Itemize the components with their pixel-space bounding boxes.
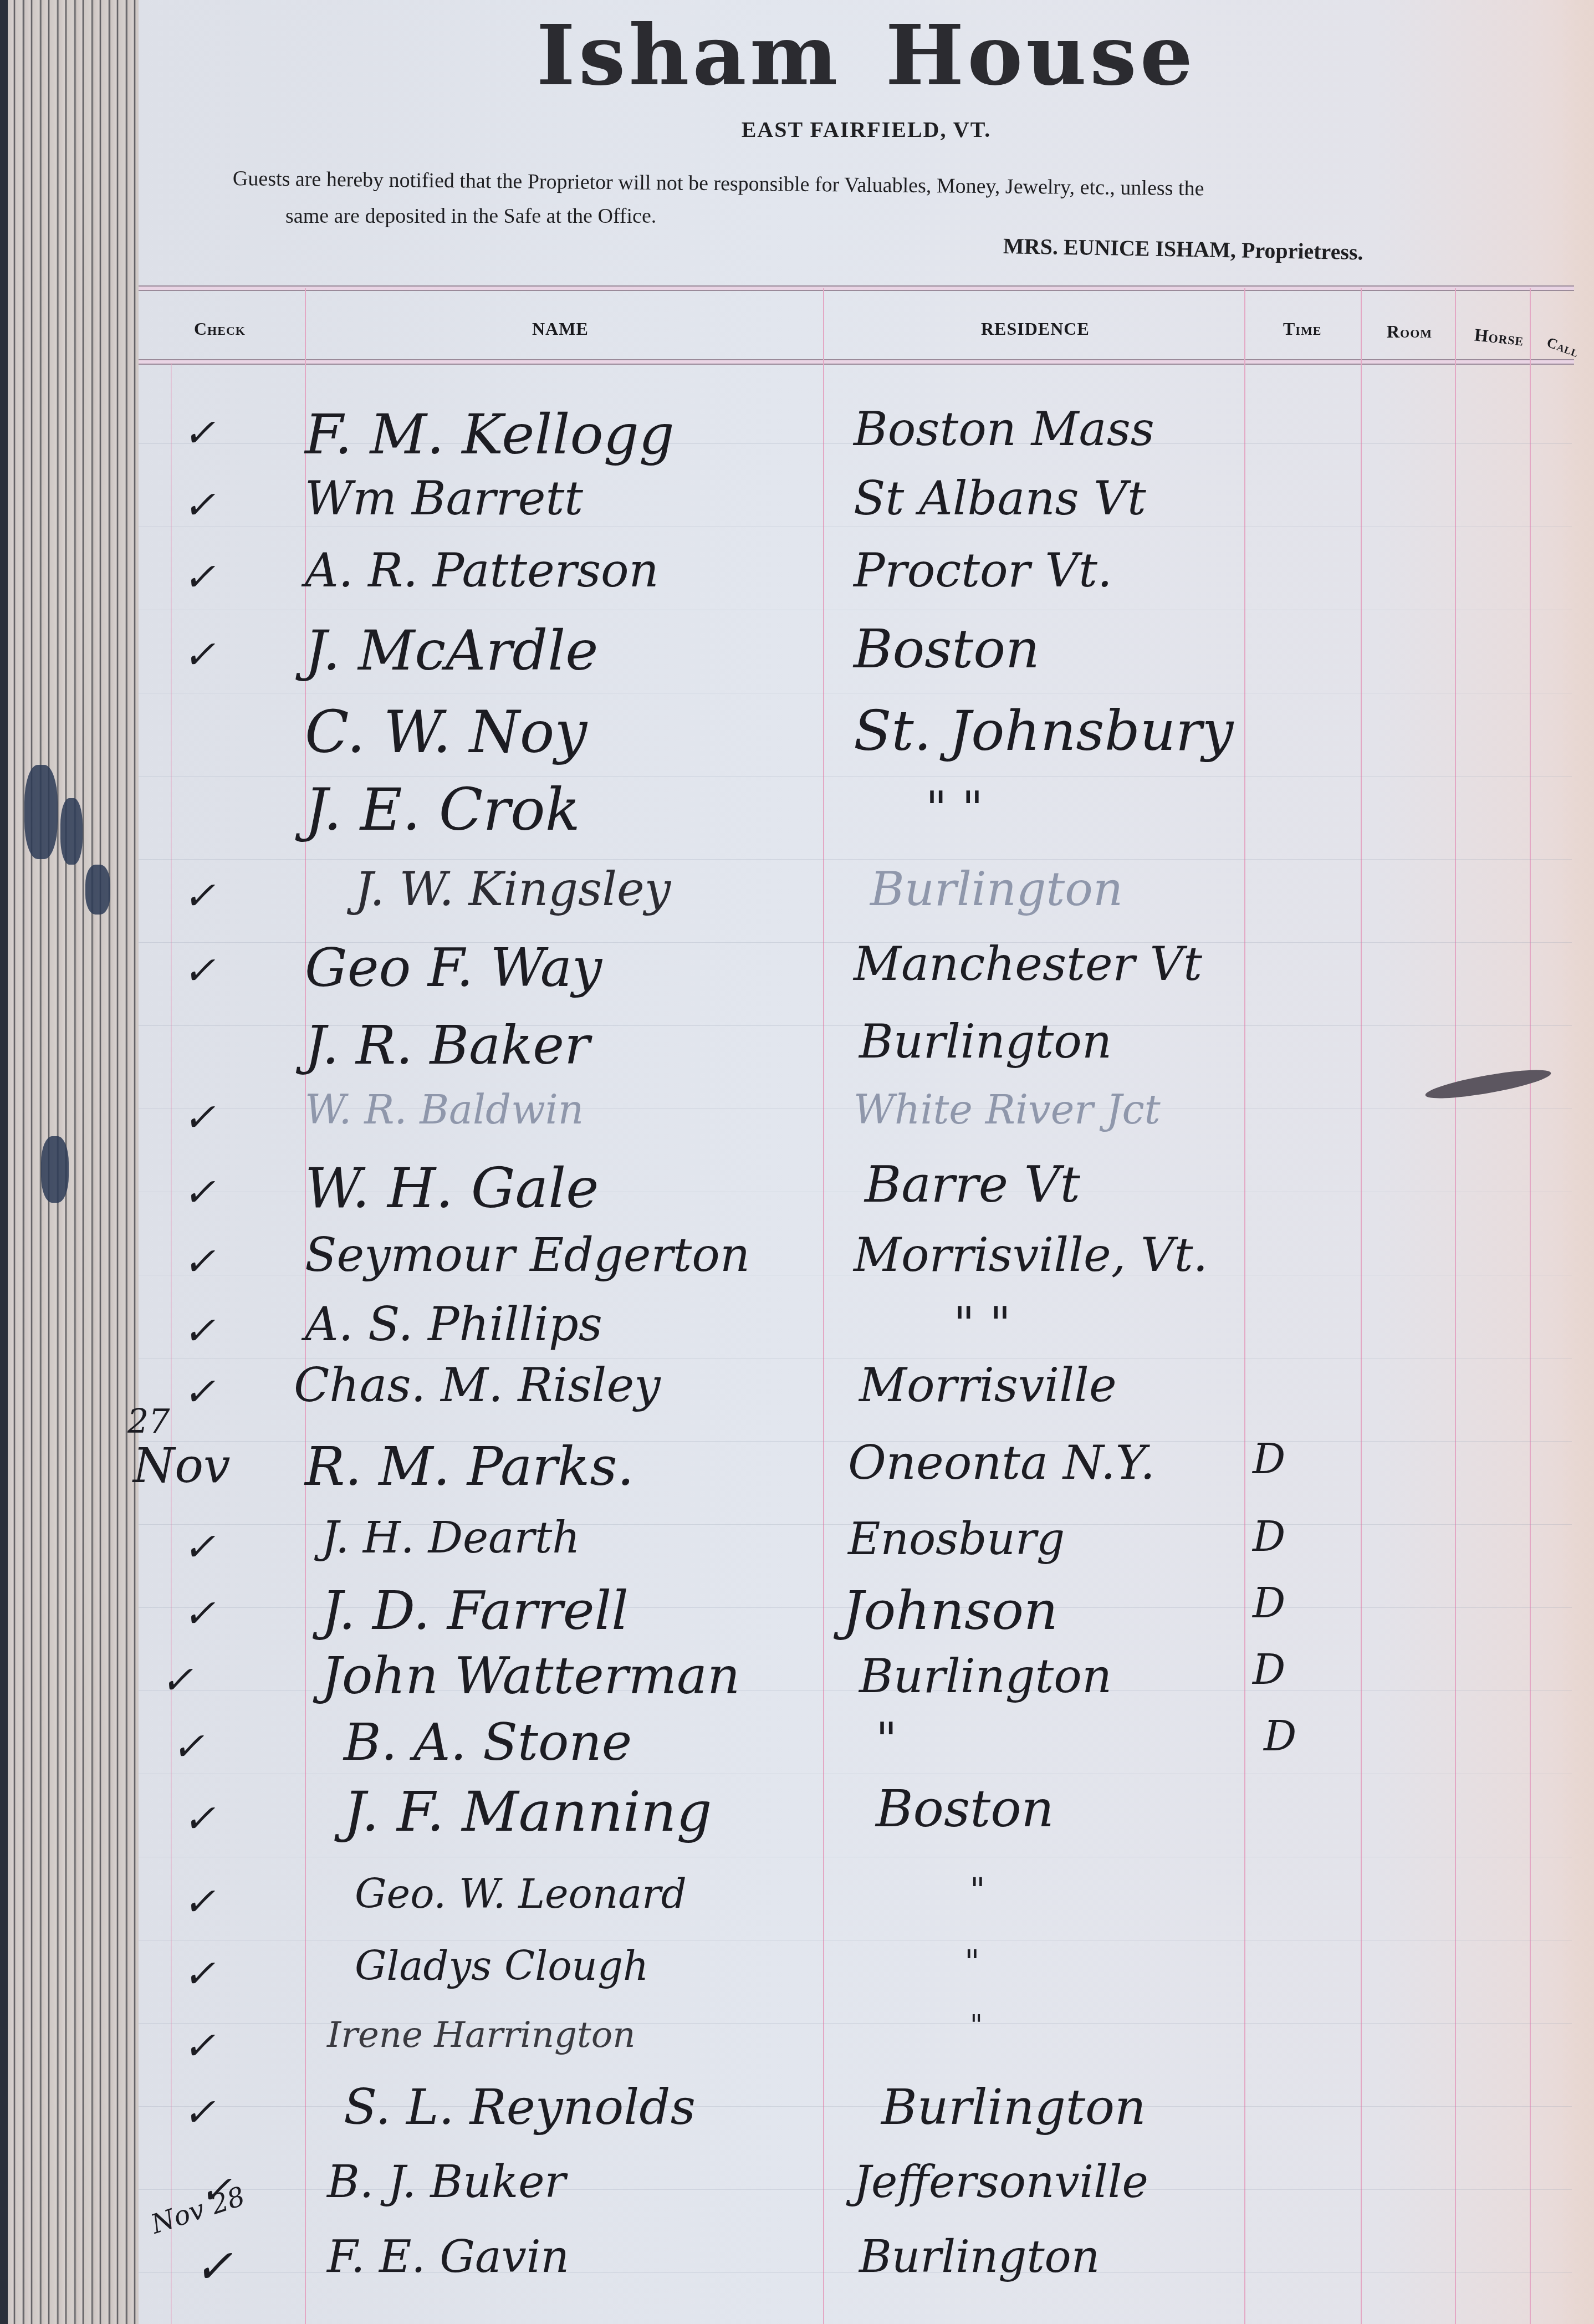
check-mark: ✓ [183,632,216,677]
guest-name: Geo. W. Leonard [355,1871,687,1917]
guest-name: Geo F. Way [305,937,602,999]
title-word-isham: Isham [537,7,841,104]
check-mark: ✓ [183,2023,216,2068]
guest-residence: " [970,1871,985,1909]
guest-name: B. A. Stone [344,1713,632,1772]
guest-residence: Burlington [881,2078,1146,2136]
time-entry: D [1253,1436,1285,1483]
ink-stain [24,765,58,859]
hotel-location: EAST FAIRFIELD, VT. [139,116,1594,142]
guest-entry: ✓ F. E. Gavin Burlington [139,2223,1594,2306]
guest-name: J. H. Dearth [321,1513,580,1563]
guest-residence: White River Jct [854,1086,1161,1133]
guest-entry: ✓ A. R. Patterson Proctor Vt. [139,538,1594,621]
liability-notice-line-1: Guests are hereby notified that the Prop… [233,166,1585,205]
header-rule-top [139,285,1574,291]
check-mark: ✓ [183,1796,216,1841]
title-word-house: House [885,7,1196,104]
column-header-time: Time [1283,319,1321,339]
ruling-line [139,1857,1572,1857]
guest-name: B. J. Buker [327,2156,566,2208]
guest-residence: " [876,1713,897,1767]
guest-residence: Jeffersonville [854,2156,1148,2208]
time-entry: D [1253,1646,1285,1694]
guest-residence: Oneonta N.Y. [848,1436,1155,1490]
guest-name: A. R. Patterson [305,543,659,597]
guest-entry: ✓ Geo F. Way Manchester Vt [139,931,1594,1014]
check-mark: ✓ [183,1524,216,1570]
check-mark: ✓ [172,1724,205,1769]
check-mark: ✓ [183,1169,216,1215]
book-page-edges [0,0,139,2324]
check-mark: ✓ [183,1951,216,1996]
guest-residence: Burlington [859,2231,1100,2282]
guest-name: Irene Harrington [327,2015,635,2056]
guest-name: Wm Barrett [305,471,583,525]
guest-entry: ✓ W. H. Gale Barre Vt [139,1147,1594,1230]
check-mark: ✓ [183,873,216,918]
check-mark: ✓ [183,554,216,600]
guest-entry: C. W. Noy St. Johnsbury [139,693,1594,776]
guest-name: J. W. Kingsley [355,862,671,916]
guest-residence: " " [953,1297,1011,1351]
ink-stain [41,1136,69,1203]
check-mark: ✓ [183,1591,216,1636]
guest-entry: ✓ Gladys Clough " [139,1934,1594,2017]
guest-residence: Morrisville, Vt. [854,1228,1208,1282]
check-mark: ✓ [183,482,216,528]
guest-entry: ✓ Seymour Edgerton Morrisville, Vt. [139,1219,1594,1303]
column-header-check: Check [194,319,246,339]
guest-name: J. F. Manning [344,1779,712,1844]
guest-residence: Manchester Vt [854,937,1202,991]
check-mark: ✓ [200,2167,232,2213]
guest-residence: " " [926,782,983,836]
guest-entry: J. E. Crok " " [139,770,1594,854]
guest-entry: ✓ Chas. M. Risley Morrisville [139,1352,1594,1436]
guest-entry: R. M. Parks. Oneonta N.Y. D [139,1430,1594,1513]
check-mark: ✓ [183,1095,216,1140]
check-mark: ✓ [183,1239,216,1284]
guest-name: Gladys Clough [355,1943,648,1989]
guest-entry: ✓ J. McArdle Boston [139,610,1594,693]
guest-name: Chas. M. Risley [294,1358,661,1412]
guest-name: J. R. Baker [305,1014,590,1076]
guest-name: C. W. Noy [305,698,587,766]
proprietress-signature-line: MRS. EUNICE ISHAM, Proprietress. [1003,233,1363,265]
guest-residence: " [970,2009,983,2041]
liability-notice-line-2: same are deposited in the Safe at the Of… [285,204,656,228]
column-header-name: NAME [532,319,589,339]
hotel-title: IshamHouse [139,6,1594,105]
guest-name: A. S. Phillips [305,1297,602,1351]
guest-entry: J. R. Baker Burlington [139,1009,1594,1092]
check-mark: ✓ [194,2239,233,2294]
guest-name: F. M. Kellogg [305,402,675,467]
guest-residence: Boston [876,1779,1054,1838]
guest-name: S. L. Reynolds [344,2078,696,2136]
guest-name: W. R. Baldwin [305,1086,584,1133]
guest-residence: St Albans Vt [854,471,1146,525]
guest-entry: ✓ F. M. Kellogg Boston Mass [139,388,1594,471]
check-mark: ✓ [183,410,216,456]
guest-entry: ✓ B. J. Buker Jeffersonville [139,2151,1594,2234]
guest-name: John Watterman [321,1646,740,1705]
check-mark: ✓ [183,1369,216,1414]
ink-stain [85,865,110,915]
guest-name: J. D. Farrell [321,1580,629,1642]
guest-residence: Burlington [859,1014,1112,1069]
time-entry: D [1264,1713,1296,1760]
guest-residence: " [964,1943,980,1981]
guest-name: W. H. Gale [305,1156,599,1220]
time-entry: D [1253,1580,1285,1627]
column-header-residence: RESIDENCE [981,319,1090,339]
guest-residence: Boston [854,618,1040,680]
guest-name: F. E. Gavin [327,2231,569,2282]
guest-entry: ✓ Geo. W. Leonard " [139,1862,1594,1945]
guest-name: J. E. Crok [305,776,580,844]
header-rule-bottom [139,359,1574,365]
guest-name: Seymour Edgerton [305,1228,750,1282]
guest-residence: Enosburg [848,1513,1065,1565]
guest-residence: Boston Mass [854,402,1154,456]
check-mark: ✓ [183,1308,216,1353]
guest-residence: Proctor Vt. [854,543,1112,597]
ink-stain [60,798,83,865]
guest-entry: ✓ S. L. Reynolds Burlington [139,2073,1594,2156]
column-header-horse: Horse [1473,324,1525,350]
check-mark: ✓ [161,1657,193,1703]
register-page: IshamHouse EAST FAIRFIELD, VT. Guests ar… [139,0,1594,2324]
check-mark: ✓ [183,1879,216,1924]
guest-residence: Burlington [859,1649,1112,1703]
guest-entry: ✓ J. W. Kingsley Burlington [139,854,1594,937]
guest-entry: ✓ J. F. Manning Boston [139,1774,1594,1857]
guest-residence: Johnson [842,1580,1058,1642]
check-mark: ✓ [183,2090,216,2135]
check-mark: ✓ [183,948,216,993]
guest-residence: Morrisville [859,1358,1117,1412]
column-header-room: Room [1387,321,1432,342]
guest-name: R. M. Parks. [305,1436,634,1498]
guest-residence: Burlington [870,862,1123,916]
guest-residence: Barre Vt [865,1156,1080,1214]
guest-residence: St. Johnsbury [854,698,1233,763]
guest-name: J. McArdle [305,618,599,683]
time-entry: D [1253,1513,1285,1561]
